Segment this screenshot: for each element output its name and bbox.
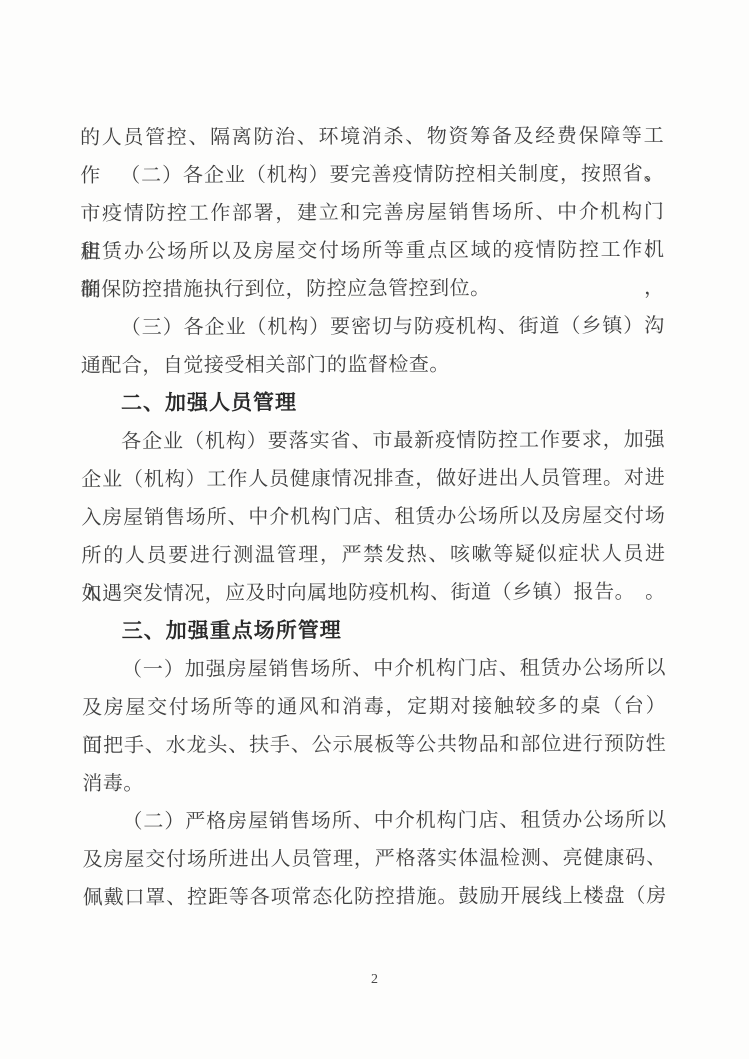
text-line: 佩戴口罩、控距等各项常态化防控措施。鼓励开展线上楼盘（房 [83,877,667,917]
text-line: 市疫情防控工作部署，建立和完善房屋销售场所、中介机构门店、 [80,193,664,233]
text-line: 消毒。 [82,763,666,803]
text-line: 租赁办公场所以及房屋交付场所等重点区域的疫情防控工作机制， [80,231,664,271]
text-line: 入房屋销售场所、中介机构门店、租赁办公场所以及房屋交付场 [81,497,665,537]
text-line: 企业（机构）工作人员健康情况排查，做好进出人员管理。对进 [81,459,665,499]
section-heading-key-venues: 三、加强重点场所管理 [82,611,666,651]
document-text-block: 的人员管控、隔离防治、环境消杀、物资筹备及经费保障等工作。 （二）各企业（机构）… [80,117,667,917]
text-line: 及房屋交付场所进出人员管理，严格落实体温检测、亮健康码、 [83,839,667,879]
text-line: 通配合，自觉接受相关部门的监督检查。 [81,345,665,385]
text-line: 门把手、水龙头、扶手、公示展板等公共物品和部位进行预防性 [82,725,666,765]
text-line: （二）各企业（机构）要完善疫情防控相关制度，按照省、 [80,155,664,195]
document-page: 的人员管控、隔离防治、环境消杀、物资筹备及经费保障等工作。 （二）各企业（机构）… [0,0,749,1059]
text-line: 及房屋交付场所等的通风和消毒，定期对接触较多的桌（台）面、 [82,687,666,727]
page-number: 2 [0,972,749,988]
text-line: 如遇突发情况，应及时向属地防疫机构、街道（乡镇）报告。 [82,573,666,613]
text-line: 各企业（机构）要落实省、市最新疫情防控工作要求，加强 [81,421,665,461]
text-line: （三）各企业（机构）要密切与防疫机构、街道（乡镇）沟 [81,307,665,347]
text-line: 所的人员要进行测温管理，严禁发热、咳嗽等疑似症状人员进入。 [81,535,665,575]
text-line: （一）加强房屋销售场所、中介机构门店、租赁办公场所以 [82,649,666,689]
text-line: 的人员管控、隔离防治、环境消杀、物资筹备及经费保障等工作。 [80,117,664,157]
section-heading-personnel: 二、加强人员管理 [81,383,665,423]
text-line: （二）严格房屋销售场所、中介机构门店、租赁办公场所以 [82,801,666,841]
